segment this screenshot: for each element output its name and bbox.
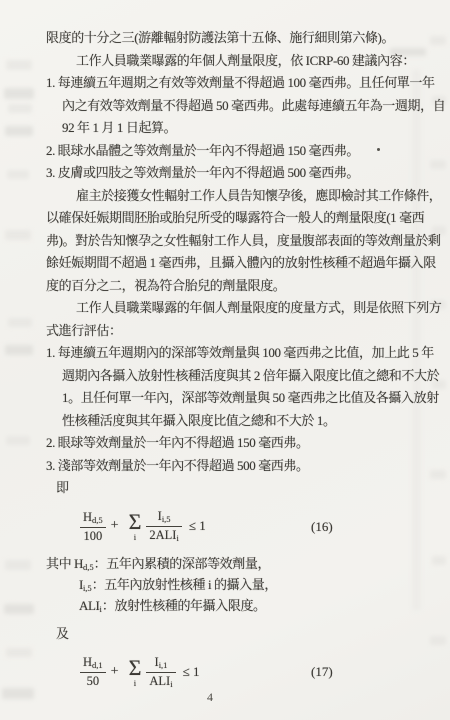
plus-operator: + <box>111 515 119 538</box>
text-line: 1. 每連續五年週期之有效等效劑量不得超過 100 毫西弗。且任何單一年 <box>46 72 422 95</box>
bleed-through-mark <box>430 160 446 169</box>
bleed-through-mark <box>4 604 34 614</box>
fraction: Ii,1 ALIi <box>146 655 175 690</box>
text-line: 性核種活度與其年攝入限度比值之總和不大於 1。 <box>46 410 422 433</box>
text-line: 週期內各攝入放射性核種活度與其 2 倍年攝入限度比值之總和不大於 <box>46 365 422 388</box>
definition-symbol: ALI <box>79 598 99 613</box>
definition-text: ：五年內放射性核種 i 的攝入量， <box>92 577 277 592</box>
math-subscript: i,1 <box>159 660 168 670</box>
text-line-content: 2. 眼球水晶體之等效劑量於一年內不得超過 150 毫西弗。 <box>46 143 359 158</box>
bleed-through-mark <box>2 688 34 699</box>
text-line: 1。且任何單一年內，深部等效劑量與 50 毫西弗之比值及各攝入放射 <box>46 387 422 410</box>
scanned-document-page: 限度的十分之三(游離輻射防護法第十五條、施行細則第六條)。 工作人員職業曝露的年… <box>0 0 450 720</box>
fraction: Hd,5 100 <box>80 510 106 543</box>
math-symbol: 50 <box>80 673 106 688</box>
definition-line: 其中 Hd,5：五年內累積的深部等效劑量， <box>46 553 422 574</box>
bleed-through-mark <box>430 636 446 645</box>
math-subscript: d,1 <box>92 660 103 670</box>
math-subscript: i <box>170 679 172 689</box>
math-subscript: i,5 <box>162 514 171 524</box>
definition-text: ：放射性核種的年攝入限度。 <box>102 598 266 613</box>
fraction: Ii,5 2ALIi <box>146 509 181 544</box>
text-line: 工作人員職業曝露的年個人劑量限度的度量方式，則是依照下列方 <box>46 297 422 320</box>
bleed-through-mark <box>432 556 446 565</box>
symbol-definitions: 其中 Hd,5：五年內累積的深部等效劑量， Ii,5：五年內放射性核種 i 的攝… <box>46 553 422 616</box>
text-line: 3. 皮膚或四肢之等效劑量於一年內不得超過 500 毫西弗。 <box>46 162 422 185</box>
sigma-glyph: Σ <box>129 657 142 679</box>
equation-number: (16) <box>311 515 333 538</box>
definition-text: ：五年內累積的深部等效劑量， <box>94 556 270 571</box>
math-symbol: ALI <box>149 674 170 688</box>
math-symbol: H <box>83 655 92 669</box>
sigma-index: i <box>134 533 136 542</box>
bleed-through-mark <box>430 470 446 479</box>
ink-speck <box>377 148 380 151</box>
bleed-through-mark <box>7 170 29 179</box>
plus-operator: + <box>111 661 119 684</box>
summation-symbol: Σ i <box>129 657 142 688</box>
text-line: 2. 眼球等效劑量於一年內不得超過 150 毫西弗。 <box>46 432 422 455</box>
text-line: 以確保妊娠期間胚胎或胎兒所受的曝露符合一般人的劑量限度(1 毫西 <box>46 207 422 230</box>
equation-16: Hd,5 100 + Σ i Ii,5 2ALIi ≤ 1 (16) <box>46 505 422 549</box>
bleed-through-mark <box>5 560 31 570</box>
math-subscript: i <box>176 533 178 543</box>
bleed-through-mark <box>6 436 30 445</box>
bleed-through-mark <box>8 104 32 113</box>
math-symbol: 2ALI <box>149 528 176 542</box>
text-line: 1. 每連續五年週期內的深部等效劑量與 100 毫西弗之比值，加上此 5 年 <box>46 342 422 365</box>
bleed-through-mark <box>4 88 34 99</box>
equation-number: (17) <box>311 661 333 684</box>
text-line: 工作人員職業曝露的年個人劑量限度，依 ICRP-60 建議內容： <box>46 50 422 73</box>
text-column: 限度的十分之三(游離輻射防護法第十五條、施行細則第六條)。 工作人員職業曝露的年… <box>46 27 422 698</box>
bleed-through-mark <box>6 648 32 657</box>
text-line: 內之有效等效劑量不得超過 50 毫西弗。此處每連續五年為一週期，自 <box>46 95 422 118</box>
text-line: 92 年 1 月 1 日起算。 <box>46 117 422 140</box>
bleed-through-mark <box>5 230 31 240</box>
text-line: 度的百分之二，視為符合胎兒的劑量限度。 <box>46 275 422 298</box>
text-line: 餘妊娠期間不超過 1 毫西弗，且攝入體內的放射性核種不超過年攝入限 <box>46 252 422 275</box>
text-line: 弗)。對於告知懷孕之女性輻射工作人員，度量腹部表面的等效劑量於剩 <box>46 230 422 253</box>
bleed-through-mark <box>5 126 33 136</box>
text-line: 2. 眼球水晶體之等效劑量於一年內不得超過 150 毫西弗。 <box>46 140 422 163</box>
summation-symbol: Σ i <box>129 511 142 542</box>
definition-symbol: 其中 H <box>46 556 83 571</box>
bleed-through-mark <box>5 345 33 355</box>
text-line: 3. 淺部等效劑量於一年內不得超過 500 毫西弗。 <box>46 455 422 478</box>
math-subscript: d,5 <box>92 515 103 525</box>
definition-line: Ii,5：五年內放射性核種 i 的攝入量， <box>46 574 422 595</box>
page-number: 4 <box>45 690 375 705</box>
bleed-through-mark <box>430 36 446 45</box>
equation-17: Hd,1 50 + Σ i Ii,1 ALIi ≤ 1 (17) <box>46 650 422 694</box>
connector-line: 及 <box>46 623 422 646</box>
definition-line: ALIi：放射性核種的年攝入限度。 <box>46 595 422 616</box>
sigma-glyph: Σ <box>129 511 142 533</box>
inequality-relation: ≤ 1 <box>189 515 206 538</box>
bleed-through-mark <box>6 60 32 70</box>
fraction: Hd,1 50 <box>80 655 106 688</box>
math-symbol: H <box>83 510 92 524</box>
math-subscript: i,5 <box>83 583 92 593</box>
bleed-through-mark <box>8 318 32 327</box>
text-line: 式進行評估： <box>46 320 422 343</box>
sigma-index: i <box>134 679 136 688</box>
text-line: 即 <box>46 477 422 500</box>
math-subscript: d,5 <box>83 562 94 572</box>
math-symbol: 100 <box>80 528 106 543</box>
text-line: 雇主於接獲女性輻射工作人員告知懷孕後，應即檢討其工作條件， <box>46 185 422 208</box>
inequality-relation: ≤ 1 <box>183 661 200 684</box>
text-line: 限度的十分之三(游離輻射防護法第十五條、施行細則第六條)。 <box>46 27 422 50</box>
